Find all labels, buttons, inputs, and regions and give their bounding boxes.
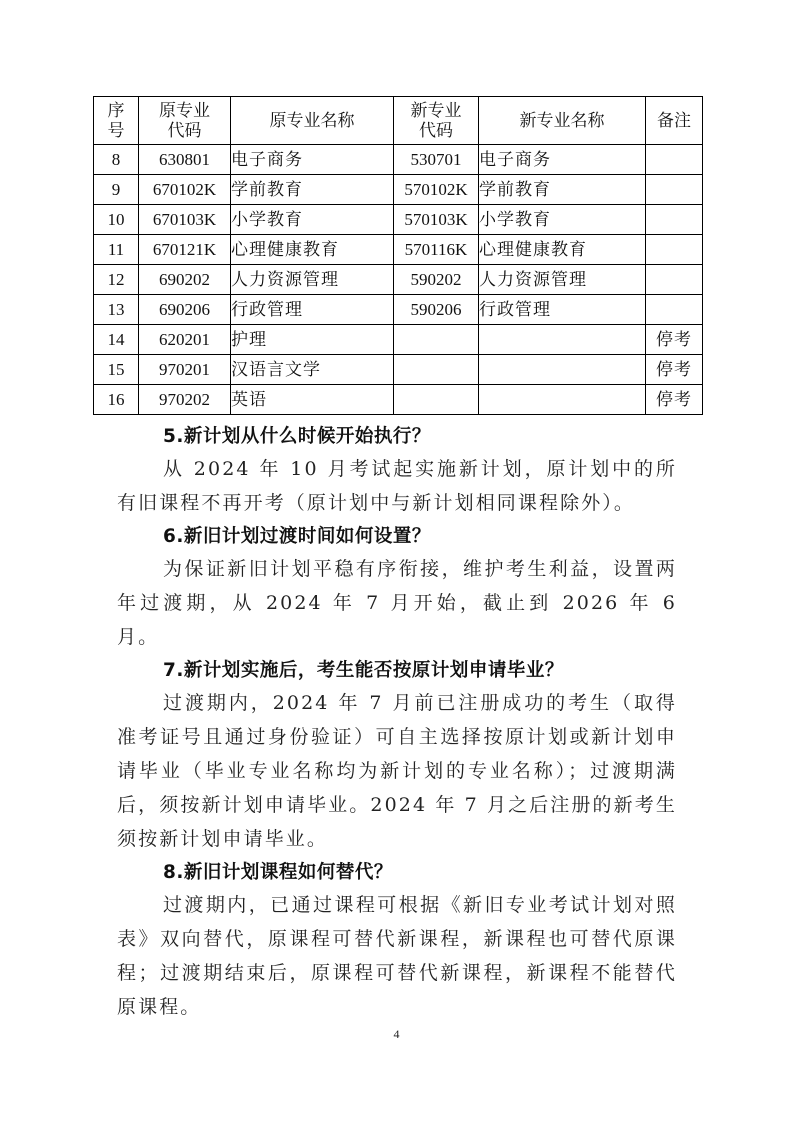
cell-new-code [394,385,479,415]
table-row: 9 670102K 学前教育 570102K 学前教育 [94,175,703,205]
cell-seq: 13 [94,295,139,325]
cell-new-name: 心理健康教育 [479,235,646,265]
cell-new-code: 570103K [394,205,479,235]
section-paragraph: 过渡期内，2024 年 7 月前已注册成功的考生（取得准考证号且通过身份验证）可… [117,686,677,856]
cell-old-name: 学前教育 [231,175,394,205]
cell-note: 停考 [646,385,703,415]
cell-note [646,175,703,205]
cell-new-code: 570102K [394,175,479,205]
cell-old-name: 人力资源管理 [231,265,394,295]
cell-new-code: 590202 [394,265,479,295]
table-row: 16 970202 英语 停考 [94,385,703,415]
cell-new-name [479,325,646,355]
section-heading: 7.新计划实施后，考生能否按原计划申请毕业？ [117,656,677,686]
section-paragraph: 为保证新旧计划平稳有序衔接，维护考生利益，设置两年过渡期，从 2024 年 7 … [117,552,677,654]
cell-old-name: 汉语言文学 [231,355,394,385]
cell-new-name: 小学教育 [479,205,646,235]
cell-new-name: 学前教育 [479,175,646,205]
cell-note [646,145,703,175]
cell-old-code: 970201 [139,355,231,385]
cell-new-name: 电子商务 [479,145,646,175]
table-row: 12 690202 人力资源管理 590202 人力资源管理 [94,265,703,295]
cell-old-name: 行政管理 [231,295,394,325]
cell-note [646,295,703,325]
cell-new-name: 行政管理 [479,295,646,325]
faq-body: 5.新计划从什么时候开始执行？ 从 2024 年 10 月考试起实施新计划，原计… [117,422,677,1026]
major-mapping-table: 序号 原专业代码 原专业名称 新专业代码 新专业名称 备注 8 630801 电… [93,96,703,415]
cell-seq: 9 [94,175,139,205]
header-seq: 序号 [94,97,139,145]
header-old-name: 原专业名称 [231,97,394,145]
cell-new-name [479,385,646,415]
cell-note: 停考 [646,355,703,385]
cell-note [646,205,703,235]
cell-old-name: 护理 [231,325,394,355]
cell-old-code: 630801 [139,145,231,175]
header-old-code: 原专业代码 [139,97,231,145]
cell-note: 停考 [646,325,703,355]
header-new-code: 新专业代码 [394,97,479,145]
table-header-row: 序号 原专业代码 原专业名称 新专业代码 新专业名称 备注 [94,97,703,145]
cell-new-code: 590206 [394,295,479,325]
cell-old-name: 英语 [231,385,394,415]
table-row: 13 690206 行政管理 590206 行政管理 [94,295,703,325]
cell-seq: 10 [94,205,139,235]
table-row: 10 670103K 小学教育 570103K 小学教育 [94,205,703,235]
cell-note [646,265,703,295]
cell-seq: 14 [94,325,139,355]
cell-note [646,235,703,265]
section-heading: 8.新旧计划课程如何替代？ [117,858,677,888]
table-row: 8 630801 电子商务 530701 电子商务 [94,145,703,175]
cell-old-code: 670121K [139,235,231,265]
section-paragraph: 过渡期内，已通过课程可根据《新旧专业考试计划对照表》双向替代，原课程可替代新课程… [117,888,677,1024]
cell-seq: 11 [94,235,139,265]
faq-section: 6.新旧计划过渡时间如何设置？ 为保证新旧计划平稳有序衔接，维护考生利益，设置两… [117,522,677,654]
cell-old-name: 小学教育 [231,205,394,235]
document-page: 序号 原专业代码 原专业名称 新专业代码 新专业名称 备注 8 630801 电… [0,0,793,1122]
section-paragraph: 从 2024 年 10 月考试起实施新计划，原计划中的所有旧课程不再开考（原计划… [117,452,677,520]
table-row: 11 670121K 心理健康教育 570116K 心理健康教育 [94,235,703,265]
cell-seq: 12 [94,265,139,295]
cell-seq: 16 [94,385,139,415]
header-new-name: 新专业名称 [479,97,646,145]
table-row: 14 620201 护理 停考 [94,325,703,355]
cell-old-name: 电子商务 [231,145,394,175]
faq-section: 8.新旧计划课程如何替代？ 过渡期内，已通过课程可根据《新旧专业考试计划对照表》… [117,858,677,1024]
cell-old-code: 670103K [139,205,231,235]
cell-old-name: 心理健康教育 [231,235,394,265]
cell-old-code: 690206 [139,295,231,325]
cell-new-name: 人力资源管理 [479,265,646,295]
cell-seq: 15 [94,355,139,385]
header-note: 备注 [646,97,703,145]
faq-section: 5.新计划从什么时候开始执行？ 从 2024 年 10 月考试起实施新计划，原计… [117,422,677,520]
cell-old-code: 970202 [139,385,231,415]
page-number: 4 [0,1027,793,1042]
section-heading: 6.新旧计划过渡时间如何设置？ [117,522,677,552]
table-row: 15 970201 汉语言文学 停考 [94,355,703,385]
faq-section: 7.新计划实施后，考生能否按原计划申请毕业？ 过渡期内，2024 年 7 月前已… [117,656,677,856]
cell-new-code [394,355,479,385]
cell-new-code: 570116K [394,235,479,265]
cell-new-code: 530701 [394,145,479,175]
cell-new-name [479,355,646,385]
cell-old-code: 620201 [139,325,231,355]
section-heading: 5.新计划从什么时候开始执行？ [117,422,677,452]
cell-seq: 8 [94,145,139,175]
cell-old-code: 670102K [139,175,231,205]
cell-new-code [394,325,479,355]
cell-old-code: 690202 [139,265,231,295]
